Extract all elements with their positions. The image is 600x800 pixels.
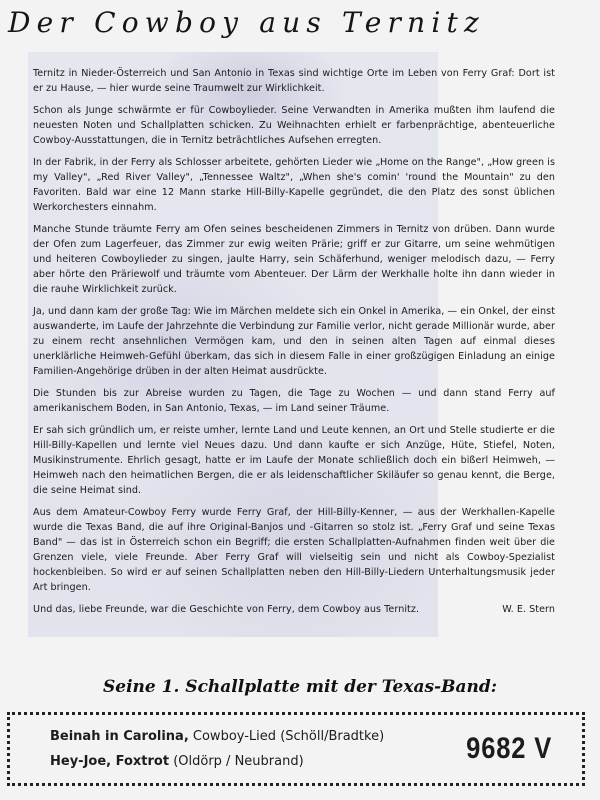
track-item: Hey-Joe, Foxtrot (Oldörp / Neubrand) (50, 749, 384, 774)
catalog-number: 9682 V (466, 732, 552, 766)
paragraph: Die Stunden bis zur Abreise wurden zu Ta… (33, 386, 555, 416)
paragraph: Ja, und dann kam der große Tag: Wie im M… (33, 304, 555, 379)
track-title: Hey-Joe, Foxtrot (50, 754, 169, 769)
track-title: Beinah in Carolina, (50, 729, 189, 744)
track-credits: (Oldörp / Neubrand) (173, 754, 303, 769)
paragraph: Manche Stunde träumte Ferry am Ofen sein… (33, 222, 555, 297)
track-list: Beinah in Carolina, Cowboy-Lied (Schöll/… (50, 724, 384, 774)
paragraph: Aus dem Amateur-Cowboy Ferry wurde Ferry… (33, 505, 555, 595)
closing-text: Und das, liebe Freunde, war die Geschich… (33, 602, 419, 617)
closing-line: Und das, liebe Freunde, war die Geschich… (33, 602, 555, 617)
article-body: Ternitz in Nieder-Österreich und San Ant… (33, 66, 555, 624)
paragraph: In der Fabrik, in der Ferry als Schlosse… (33, 155, 555, 215)
track-genre: Cowboy-Lied (193, 729, 276, 744)
author-signature: W. E. Stern (502, 602, 555, 617)
track-item: Beinah in Carolina, Cowboy-Lied (Schöll/… (50, 724, 384, 749)
page-title: Der Cowboy aus Ternitz (8, 6, 600, 39)
record-headline: Seine 1. Schallplatte mit der Texas-Band… (0, 677, 600, 697)
record-info-box: Beinah in Carolina, Cowboy-Lied (Schöll/… (7, 712, 585, 786)
track-credits: (Schöll/Bradtke) (280, 729, 384, 744)
paragraph: Ternitz in Nieder-Österreich und San Ant… (33, 66, 555, 96)
paragraph: Schon als Junge schwärmte er für Cowboyl… (33, 103, 555, 148)
paragraph: Er sah sich gründlich um, er reiste umhe… (33, 423, 555, 498)
